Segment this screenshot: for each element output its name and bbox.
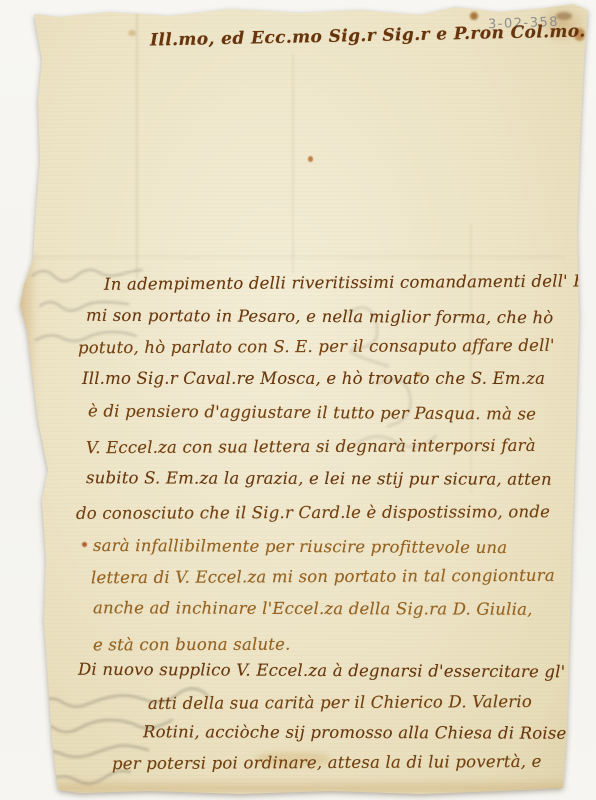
letter-line: mi son portato in Pesaro, e nella miglio…	[86, 303, 554, 331]
letter-line: V. Eccel.za con sua lettera si degnarà i…	[86, 433, 536, 461]
letter-line: lettera di V. Eccel.za mi son portato in…	[91, 563, 555, 591]
scanned-letter: 3-02-358 Ill.mo, ed Ecc.mo Sig.r Sig.r e…	[0, 0, 596, 800]
letter-line: e stà con buona salute.	[93, 632, 291, 659]
letter-line: atti della sua carità per il Chierico D.…	[148, 689, 532, 717]
salutation-line: Ill.mo, ed Ecc.mo Sig.r Sig.r e P.ron Co…	[150, 21, 586, 50]
paper-sheet-wrapper: 3-02-358 Ill.mo, ed Ecc.mo Sig.r Sig.r e…	[16, 4, 592, 796]
paper-crease	[136, 8, 138, 278]
letter-line: anche ad inchinare l'Eccel.za della Sig.…	[93, 595, 533, 623]
letter-line: Rotini, acciòche sij promosso alla Chies…	[143, 719, 572, 746]
fox-spot	[308, 156, 313, 162]
letter-line: per potersi poi ordinare, attesa la di l…	[112, 749, 542, 777]
letter-line: subito S. Em.za la grazia, e lei ne stij…	[86, 465, 552, 493]
letter-line: In adempimento delli riveritissimi coman…	[104, 268, 596, 298]
fox-spot	[82, 542, 87, 547]
fox-spot	[128, 30, 136, 36]
letter-line: è di pensiero d'aggiustare il tutto per …	[88, 398, 536, 427]
letter-line: potuto, hò parlato con S. E. per il cons…	[78, 333, 555, 361]
letter-line: sarà infallibilmente per riuscire profit…	[93, 533, 507, 561]
paper-sheet: 3-02-358 Ill.mo, ed Ecc.mo Sig.r Sig.r e…	[16, 4, 592, 796]
letter-line: Ill.mo Sig.r Caval.re Mosca, e hò trovat…	[82, 366, 545, 392]
paper-crease	[292, 54, 294, 274]
fox-spot	[470, 12, 478, 20]
letter-line: Di nuovo supplico V. Eccel.za à degnarsi…	[78, 657, 566, 686]
letter-line: do conosciuto che il Sig.r Card.le è dis…	[76, 499, 550, 527]
